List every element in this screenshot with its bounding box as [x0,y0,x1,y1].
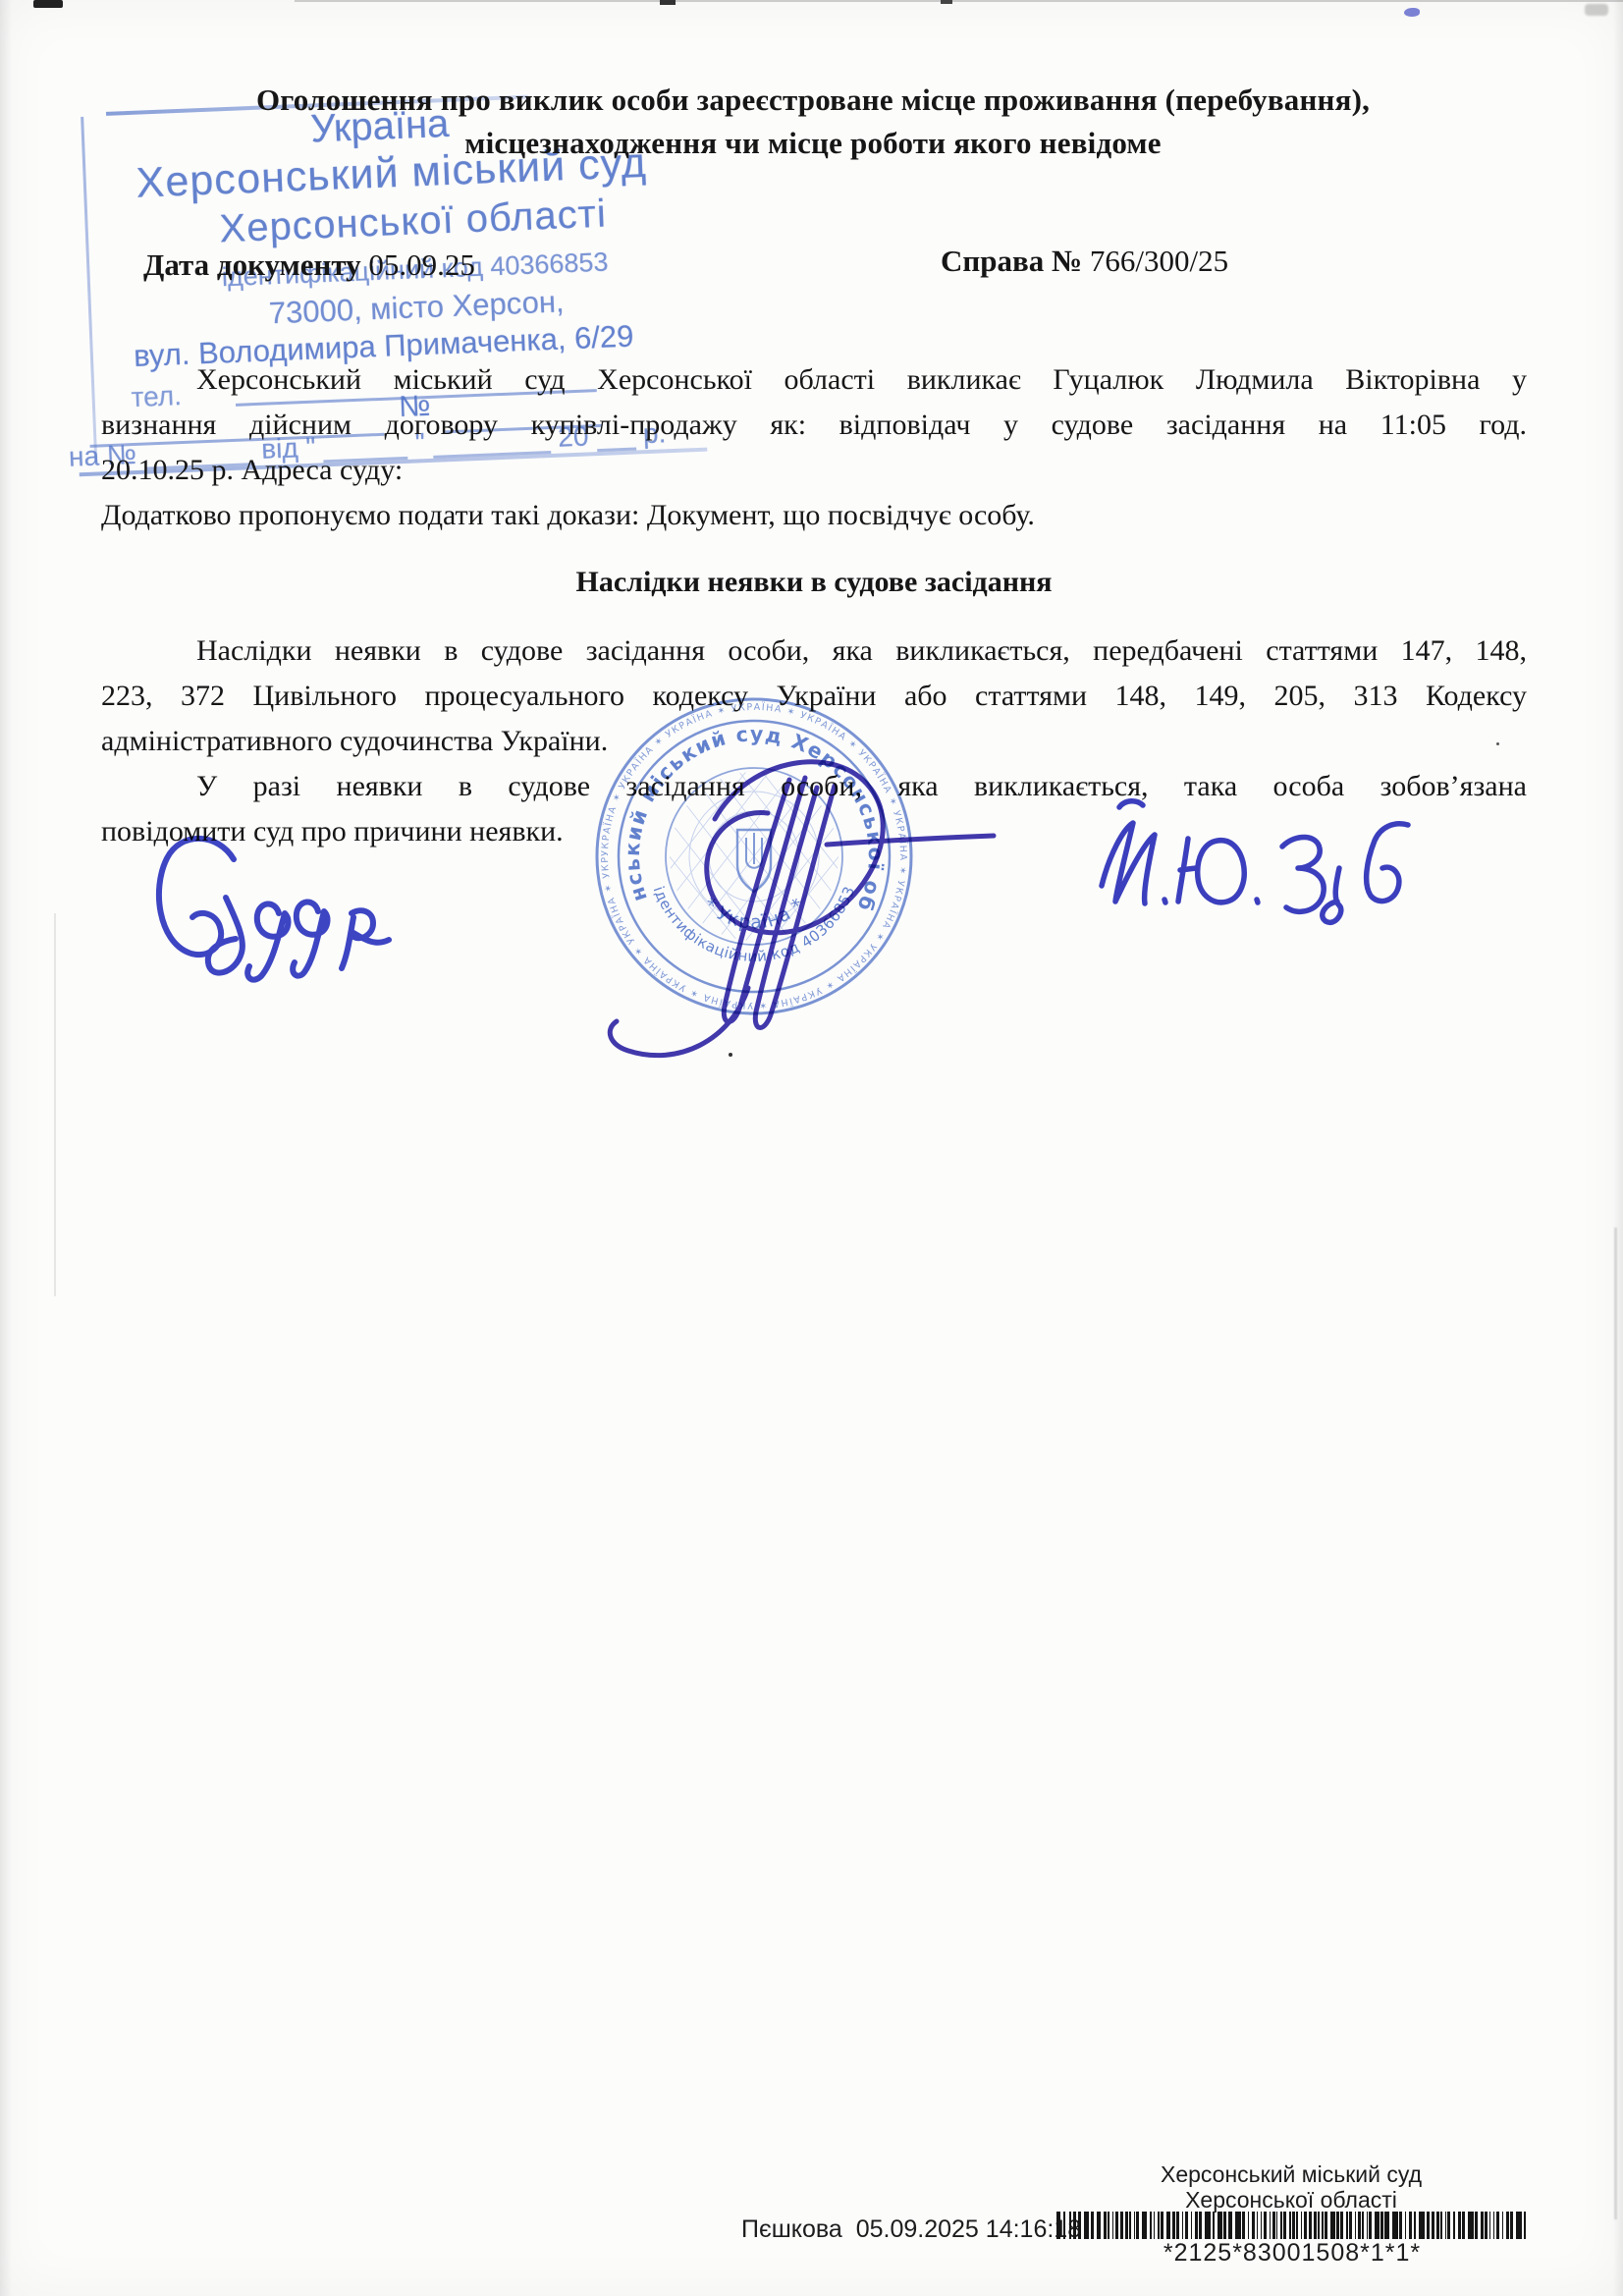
print-timestamp: 05.09.2025 14:16:18 [856,2215,1081,2243]
section-header: Наслідки неявки в судове засідання [101,560,1527,605]
case-label: Справа № [941,244,1082,278]
judge-signature [511,660,1041,1072]
case-number: Справа № 766/300/25 [941,244,1228,279]
barcode-label: *2125*83001508*1*1* [1130,2239,1454,2268]
barcode [1056,2212,1532,2239]
document-title: Оголошення про виклик особи зареєстрован… [101,79,1525,165]
evidence-note: Додатково пропонуємо подати такі докази:… [101,493,1527,538]
date-value: 05.09.25 [368,247,475,282]
document-page: Україна Херсонський міський суд Херсонсь… [0,0,1623,2296]
document-title-line1: Оголошення про виклик особи зареєстрован… [101,79,1525,122]
document-title-line2: місцезнаходження чи місце роботи якого н… [101,122,1525,165]
scan-speck [33,0,63,8]
case-value: 766/300/25 [1090,244,1228,278]
judge-name-handwriting [1062,778,1416,955]
scan-speck [941,0,952,4]
operator-name: Пєшкова [741,2215,842,2243]
scan-speck [660,0,676,5]
scan-streak-left [54,913,56,1296]
paragraph-line: визнання дійсним договору купівлі-продаж… [101,403,1527,448]
judge-title-handwriting [116,815,430,1002]
scan-streak-right [1614,1228,1617,2219]
scan-edge-left [0,0,12,2296]
document-date: Дата документу 05.09.25 [143,247,475,283]
date-label: Дата документу [143,247,361,282]
footer-court-line1: Херсонський міський суд [1119,2161,1463,2188]
footer-court-line2: Херсонської області [1119,2187,1463,2214]
scan-topline [295,0,1623,2]
paragraph-line: Херсонський міський суд Херсонської обла… [101,357,1527,403]
ink-speck [1404,8,1420,17]
footer-operator-line: Пєшкова 05.09.2025 14:16:18 [741,2215,1081,2244]
paragraph-line: 20.10.25 р. Адреса суду: [101,448,1527,493]
scan-speck [1585,4,1608,16]
